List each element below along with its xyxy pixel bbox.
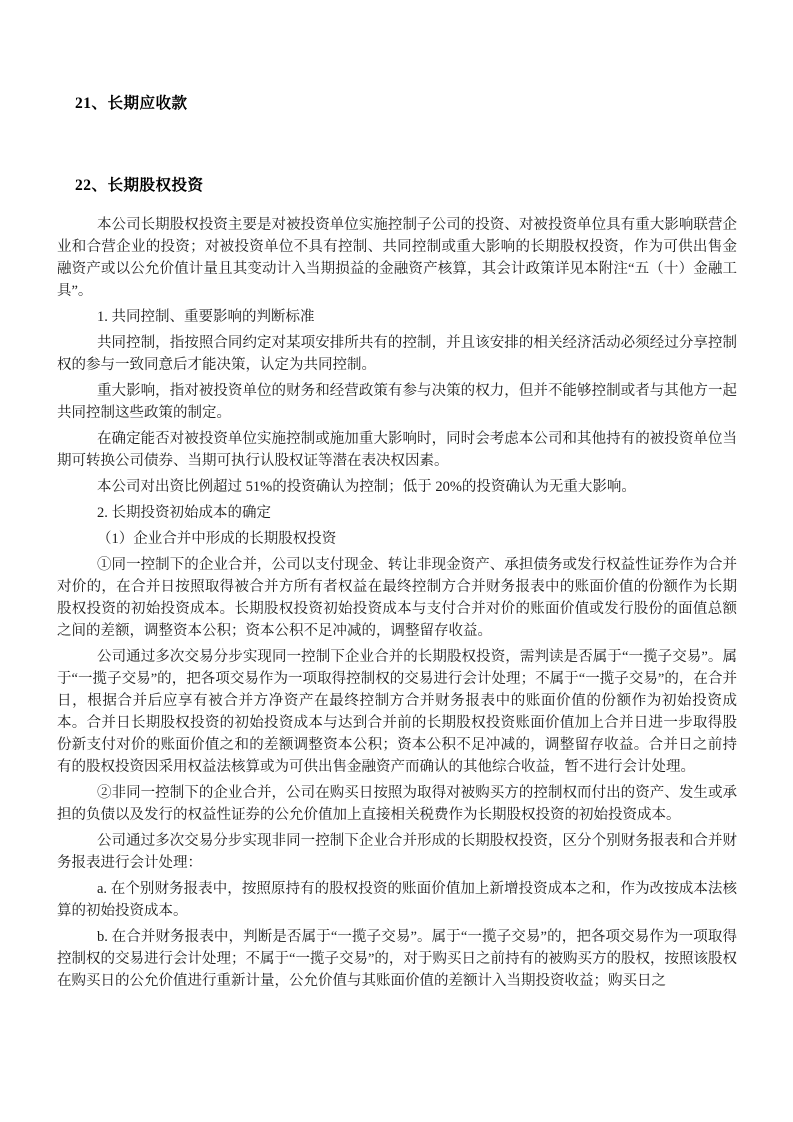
paragraph-lt-equity-overview: 本公司长期股权投资主要是对被投资单位实施控制子公司的投资、对被投资单位具有重大影… [57,214,737,302]
section-heading-21-long-term-receivables: 21、长期应收款 [57,94,737,114]
paragraph-non-same-control-combination: ②非同一控制下的企业合并，公司在购买日按照为取得对被购买方的控制权而付出的资产、… [57,782,737,826]
paragraph-significant-influence-definition: 重大影响，指对被投资单位的财务和经营政策有参与决策的权力，但并不能够控制或者与其… [57,380,737,424]
heading-judgment-criteria: 1. 共同控制、重要影响的判断标准 [57,306,737,328]
paragraph-joint-control-definition: 共同控制，指按照合同约定对某项安排所共有的控制，并且该安排的相关经济活动必须经过… [57,332,737,376]
document-page: 21、长期应收款 22、长期股权投资 本公司长期股权投资主要是对被投资单位实施控… [0,0,793,1122]
paragraph-control-thresholds: 本公司对出资比例超过 51%的投资确认为控制；低于 20%的投资确认为无重大影响… [57,476,737,498]
paragraph-consolidated-financial-statements: b. 在合并财务报表中，判断是否属于“一揽子交易”。属于“一揽子交易”的，把各项… [57,926,737,992]
subheading-business-combination: （1）企业合并中形成的长期股权投资 [57,528,737,550]
paragraph-potential-voting-rights: 在确定能否对被投资单位实施控制或施加重大影响时，同时会考虑本公司和其他持有的被投… [57,428,737,472]
paragraph-non-same-control-step-acquisition: 公司通过多次交易分步实现非同一控制下企业合并形成的长期股权投资，区分个别财务报表… [57,830,737,874]
section-22-body: 本公司长期股权投资主要是对被投资单位实施控制子公司的投资、对被投资单位具有重大影… [57,214,737,992]
heading-initial-cost-determination: 2. 长期投资初始成本的确定 [57,502,737,524]
paragraph-same-control-combination: ①同一控制下的企业合并，公司以支付现金、转让非现金资产、承担债务或发行权益性证券… [57,554,737,642]
paragraph-same-control-step-acquisition: 公司通过多次交易分步实现同一控制下企业合并的长期股权投资，需判读是否属于“一揽子… [57,646,737,778]
section-heading-22-long-term-equity-investment: 22、长期股权投资 [57,176,737,196]
paragraph-separate-financial-statements: a. 在个别财务报表中，按照原持有的股权投资的账面价值加上新增投资成本之和，作为… [57,878,737,922]
